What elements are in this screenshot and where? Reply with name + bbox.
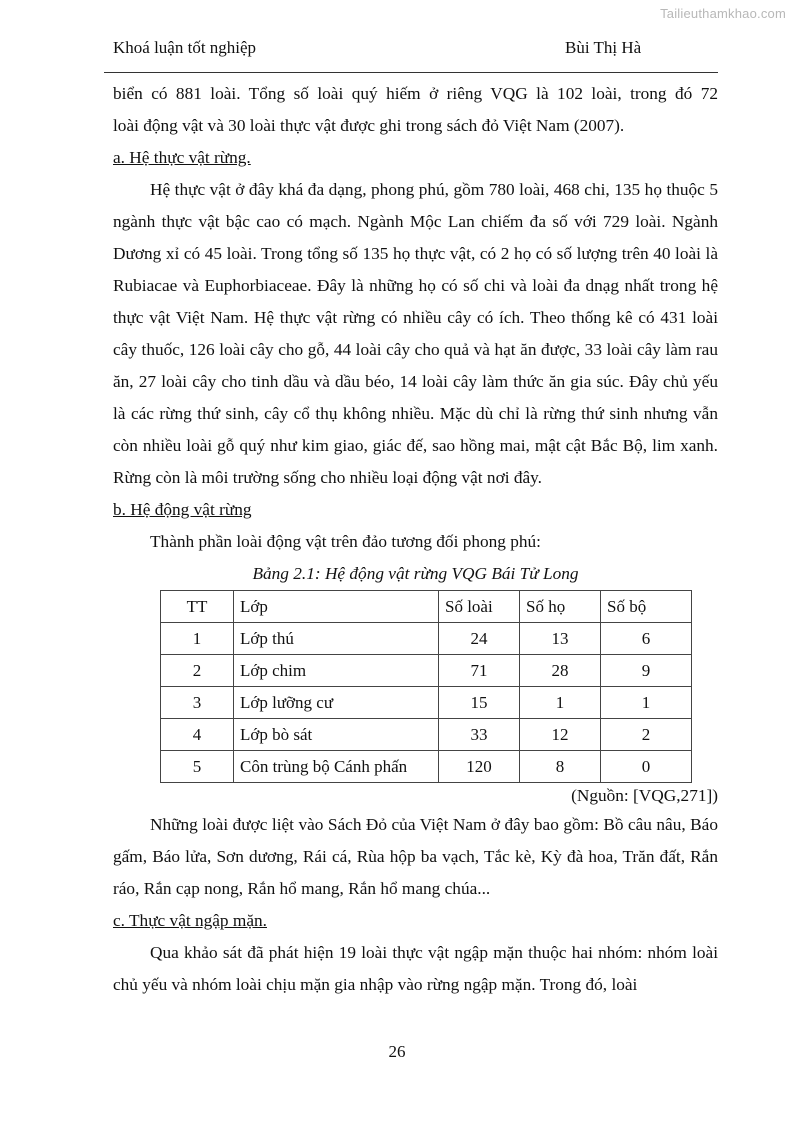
- table-cell: Lớp chim: [234, 655, 439, 687]
- table-row: 3 Lớp lưỡng cư 15 1 1: [161, 687, 692, 719]
- table-cell: 5: [161, 751, 234, 783]
- table-cell: 13: [520, 623, 601, 655]
- page-header: Khoá luận tốt nghiệp Bùi Thị Hà: [113, 38, 713, 62]
- table-cell: 1: [520, 687, 601, 719]
- table-cell: 1: [601, 687, 692, 719]
- table-row: 4 Lớp bò sát 33 12 2: [161, 719, 692, 751]
- table-cell: 12: [520, 719, 601, 751]
- table-caption: Bảng 2.1: Hệ động vật rừng VQG Bái Tử Lo…: [113, 558, 718, 590]
- table-cell: 8: [520, 751, 601, 783]
- fauna-table: TT Lớp Số loài Số họ Số bộ 1 Lớp thú 24 …: [160, 590, 692, 783]
- paragraph-intro-line2: loài động vật và 30 loài thực vật được g…: [113, 110, 718, 142]
- table-cell: 1: [161, 623, 234, 655]
- table-cell: 3: [161, 687, 234, 719]
- header-author: Bùi Thị Hà: [565, 38, 641, 58]
- table-cell: 9: [601, 655, 692, 687]
- paragraph-mangrove: Qua khảo sát đã phát hiện 19 loài thực v…: [113, 937, 718, 1001]
- header-title: Khoá luận tốt nghiệp: [113, 38, 256, 58]
- table-header-cell: Số họ: [520, 591, 601, 623]
- table-cell: 28: [520, 655, 601, 687]
- paragraph-intro-line1: biển có 881 loài. Tổng số loài quý hiếm …: [113, 78, 718, 110]
- table-cell: 2: [601, 719, 692, 751]
- table-row: 2 Lớp chim 71 28 9: [161, 655, 692, 687]
- watermark: Tailieuthamkhao.com: [660, 6, 786, 21]
- page-content: biển có 881 loài. Tổng số loài quý hiếm …: [113, 78, 718, 1001]
- table-cell: 4: [161, 719, 234, 751]
- table-cell: 71: [439, 655, 520, 687]
- section-heading-c: c. Thực vật ngập mặn.: [113, 905, 718, 937]
- section-heading-a: a. Hệ thực vật rừng.: [113, 142, 718, 174]
- table-header-cell: Lớp: [234, 591, 439, 623]
- table-header-cell: Số loài: [439, 591, 520, 623]
- table-row: 1 Lớp thú 24 13 6: [161, 623, 692, 655]
- table-cell: Lớp thú: [234, 623, 439, 655]
- page-number: 26: [0, 1042, 794, 1062]
- paragraph-fauna-intro: Thành phần loài động vật trên đảo tương …: [113, 526, 718, 558]
- table-header-row: TT Lớp Số loài Số họ Số bộ: [161, 591, 692, 623]
- table-cell: 120: [439, 751, 520, 783]
- table-cell: 6: [601, 623, 692, 655]
- table-cell: 15: [439, 687, 520, 719]
- table-cell: Lớp bò sát: [234, 719, 439, 751]
- paragraph-flora: Hệ thực vật ở đây khá đa dạng, phong phú…: [113, 174, 718, 494]
- header-divider: [104, 72, 718, 73]
- paragraph-red-book: Những loài được liệt vào Sách Đỏ của Việ…: [113, 809, 718, 905]
- table-source: (Nguồn: [VQG,271]): [113, 783, 718, 809]
- table-cell: Lớp lưỡng cư: [234, 687, 439, 719]
- table-cell: 2: [161, 655, 234, 687]
- table-header-cell: Số bộ: [601, 591, 692, 623]
- section-heading-b: b. Hệ động vật rừng: [113, 494, 718, 526]
- table-row: 5 Côn trùng bộ Cánh phấn 120 8 0: [161, 751, 692, 783]
- table-cell: Côn trùng bộ Cánh phấn: [234, 751, 439, 783]
- table-header-cell: TT: [161, 591, 234, 623]
- table-cell: 33: [439, 719, 520, 751]
- table-cell: 24: [439, 623, 520, 655]
- table-cell: 0: [601, 751, 692, 783]
